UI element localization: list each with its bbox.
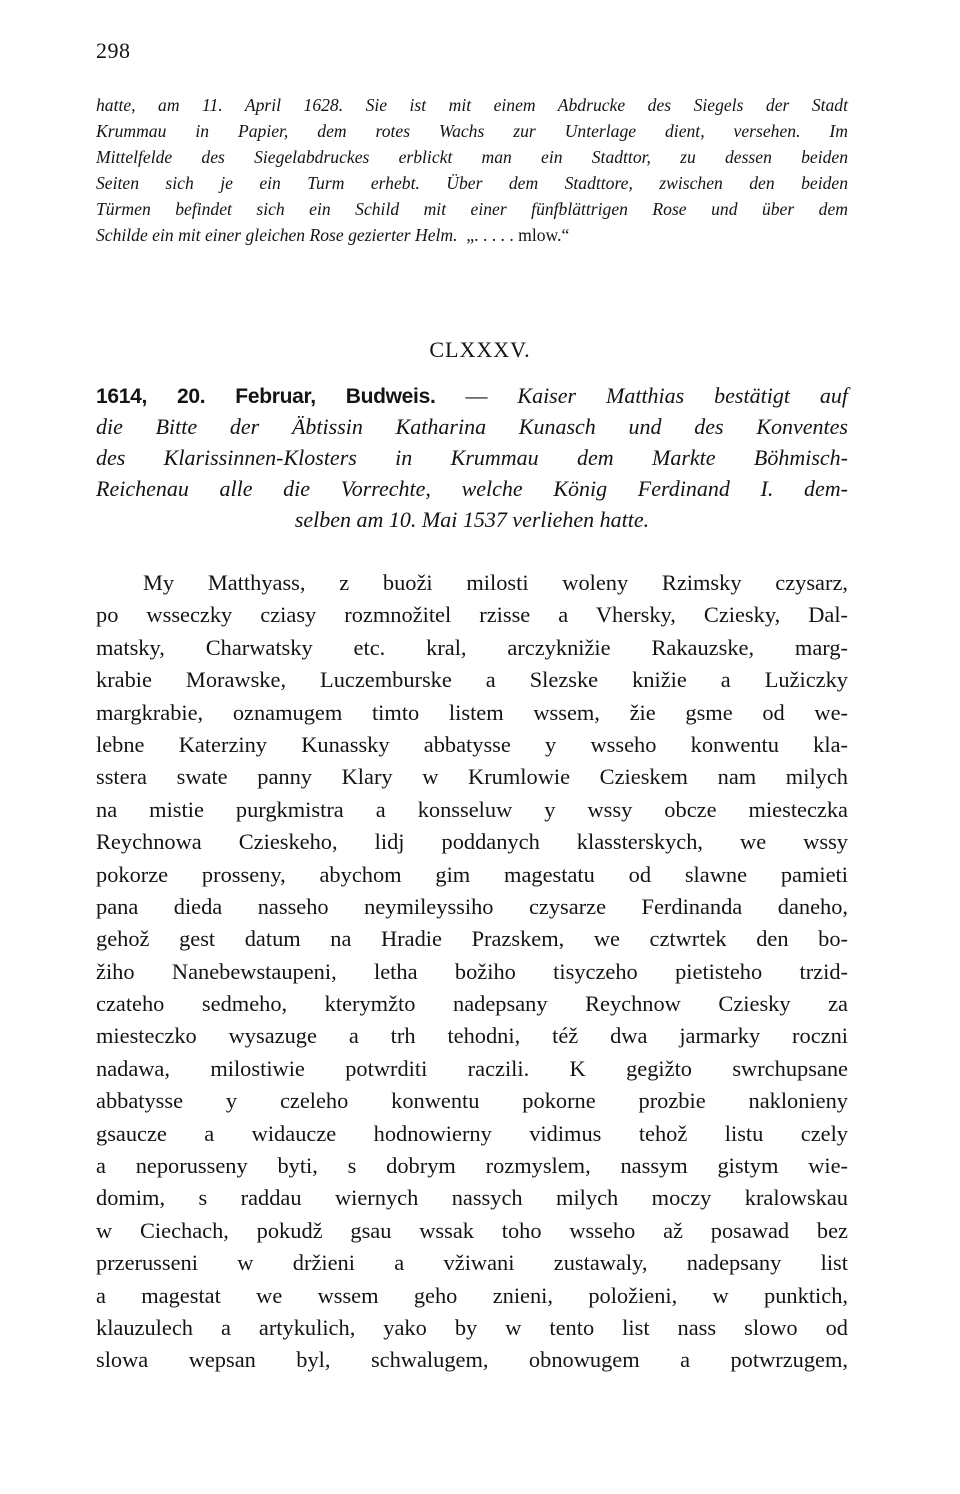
- note-line-text: Schilde ein mit einer gleichen Rose gezi…: [96, 225, 458, 245]
- text-line: Reychnowa Czieskeho, lidj poddanych klas…: [96, 826, 848, 858]
- text-line: krabie Morawske, Luczemburske a Slezske …: [96, 664, 848, 696]
- note-line: Türmen befindet sich ein Schild mit eine…: [96, 196, 848, 222]
- text-line: gsaucze a widaucze hodnowierny vidimus t…: [96, 1118, 848, 1150]
- text-line: klauzulech a artykulich, yako by w tento…: [96, 1312, 848, 1344]
- text-line: slowa wepsan byl, schwalugem, obnowugem …: [96, 1344, 848, 1376]
- document-text: My Matthyass, z buoži milosti woleny Rzi…: [96, 567, 848, 1377]
- text-line: lebne Katerziny Kunassky abbatysse y wss…: [96, 729, 848, 761]
- closing-quote: „. . . . . mlow.“: [466, 225, 569, 245]
- text-line: po wsseczky cziasy rozmnožitel rzisse a …: [96, 599, 848, 631]
- text-line: czateho sedmeho, kterymžto nadepsany Rey…: [96, 988, 848, 1020]
- text-line: margkrabie, oznamugem timto listem wssem…: [96, 697, 848, 729]
- text-line: nadawa, milostiwie potwrditi raczili. K …: [96, 1053, 848, 1085]
- text-line: pokorze prosseny, abychom gim magestatu …: [96, 859, 848, 891]
- note-line: Mittelfelde des Siegelabdruckes erblickt…: [96, 144, 848, 170]
- preceding-note: hatte, am 11. April 1628. Sie ist mit ei…: [96, 92, 848, 248]
- document-number: CLXXXV.: [0, 337, 960, 363]
- text-line: gehož gest datum na Hradie Prazskem, we …: [96, 923, 848, 955]
- regest-text: Kaiser Matthias bestätigt auf: [517, 383, 848, 408]
- text-line: pana dieda nasseho neymileyssiho czysarz…: [96, 891, 848, 923]
- text-line: abbatysse y czeleho konwentu pokorne pro…: [96, 1085, 848, 1117]
- text-line: sstera swate panny Klary w Krumlowie Czi…: [96, 761, 848, 793]
- page-number: 298: [96, 38, 131, 64]
- text-line: matsky, Charwatsky etc. kral, arczykniži…: [96, 632, 848, 664]
- text-line: My Matthyass, z buoži milosti woleny Rzi…: [96, 567, 848, 599]
- text-line: a magestat we wssem geho znieni, položie…: [96, 1280, 848, 1312]
- text-line: przerusseni w držieni a vžiwani zustawal…: [96, 1247, 848, 1279]
- regest-line: des Klarissinnen-Klosters in Krummau dem…: [96, 442, 848, 473]
- note-line-last: Schilde ein mit einer gleichen Rose gezi…: [96, 222, 848, 248]
- note-line: Seiten sich je ein Turm erhebt. Über dem…: [96, 170, 848, 196]
- regest-line-last: selben am 10. Mai 1537 verliehen hatte.: [96, 504, 848, 535]
- text-line: miesteczko wysazuge a trh tehodni, též d…: [96, 1020, 848, 1052]
- text-line: na mistie purgkmistra a konsseluw y wssy…: [96, 794, 848, 826]
- text-line: žiho Nanebewstaupeni, letha božiho tisyc…: [96, 956, 848, 988]
- note-line: hatte, am 11. April 1628. Sie ist mit ei…: [96, 92, 848, 118]
- text-line: a neporusseny byti, s dobrym rozmyslem, …: [96, 1150, 848, 1182]
- regest-line: die Bitte der Äbtissin Katharina Kunasch…: [96, 411, 848, 442]
- em-dash: —: [465, 383, 487, 408]
- regest: 1614, 20. Februar, Budweis. — Kaiser Mat…: [96, 380, 848, 535]
- note-line: Krummau in Papier, dem rotes Wachs zur U…: [96, 118, 848, 144]
- regest-heading: 1614, 20. Februar, Budweis.: [96, 385, 436, 408]
- text-line: domim, s raddau wiernych nassych milych …: [96, 1182, 848, 1214]
- regest-line: Reichenau alle die Vorrechte, welche Kön…: [96, 473, 848, 504]
- regest-line-first: 1614, 20. Februar, Budweis. — Kaiser Mat…: [96, 380, 848, 411]
- text-line: w Ciechach, pokudž gsau wssak toho wsseh…: [96, 1215, 848, 1247]
